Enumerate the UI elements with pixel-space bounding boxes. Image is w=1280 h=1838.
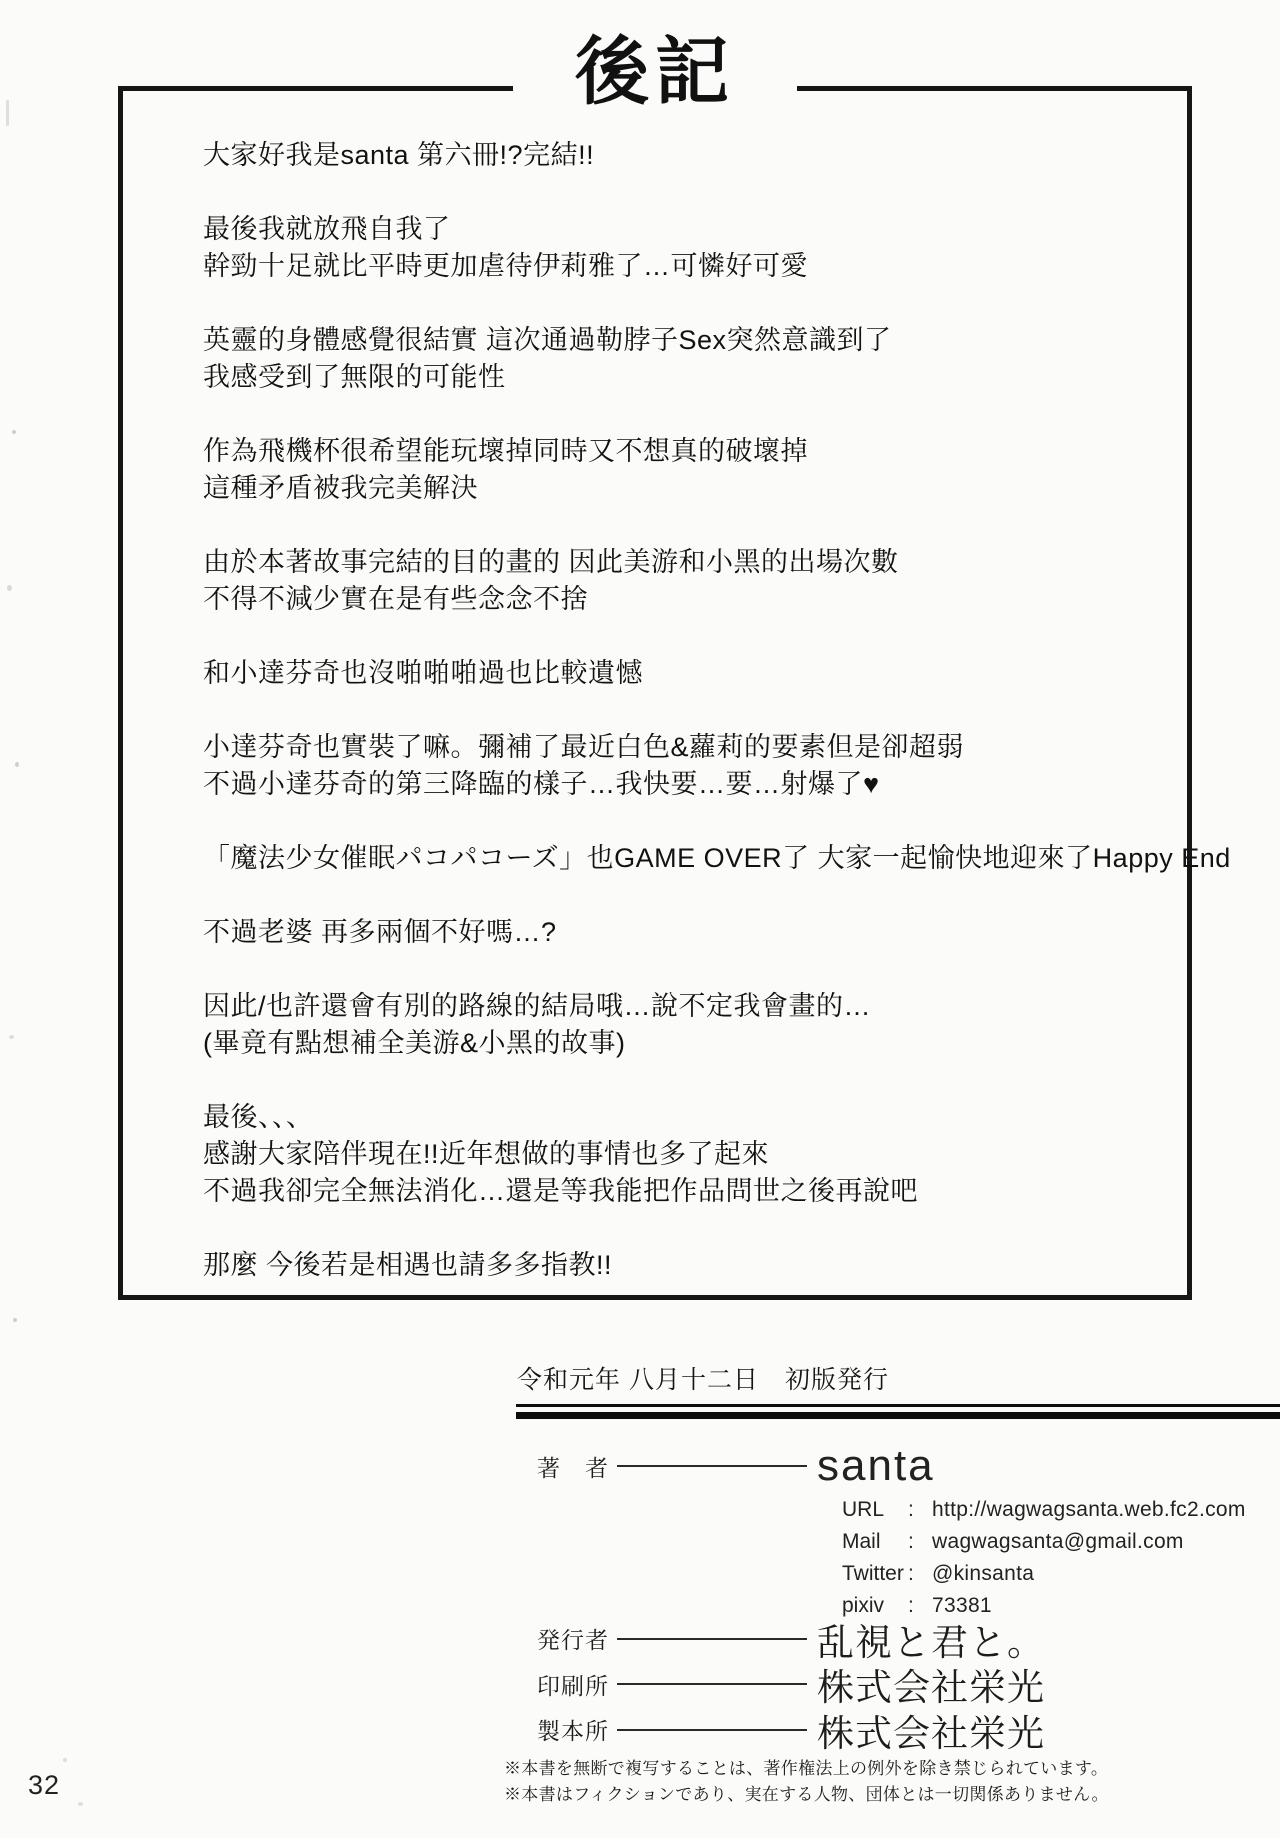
publication-connector-line [617, 1729, 807, 1731]
afterword-paragraph: 小達芬奇也實裝了嘛。彌補了最近白色&蘿莉的要素但是卻超弱不過小達芬奇的第三降臨的… [203, 729, 1149, 803]
contact-value: wagwagsanta@gmail.com [932, 1526, 1184, 1558]
contact-colon: : [908, 1558, 932, 1590]
publication-connector-line [617, 1683, 807, 1685]
page-title: 後記 [513, 30, 797, 114]
disclaimer-line: ※本書を無断で複写することは、著作権法上の例外を除き禁じられています。 [504, 1756, 1109, 1782]
scan-speck [13, 1318, 17, 1322]
contact-value: @kinsanta [932, 1558, 1034, 1590]
contact-label: Twitter [842, 1558, 908, 1590]
afterword-paragraph: 和小達芬奇也沒啪啪啪過也比較遺憾 [203, 655, 1149, 692]
scan-speck [78, 1802, 83, 1806]
scan-speck [9, 1035, 14, 1039]
disclaimer-line: ※本書はフィクションであり、実在する人物、団体とは一切関係ありません。 [504, 1782, 1109, 1808]
scan-speck [15, 762, 19, 767]
afterword-paragraph: 那麼 今後若是相遇也請多多指教!! [203, 1247, 1149, 1284]
contact-value: http://wagwagsanta.web.fc2.com [932, 1494, 1246, 1526]
afterword-paragraph: 「魔法少女催眠パコパコーズ」也GAME OVER了 大家一起愉快地迎來了Happ… [203, 840, 1149, 877]
divider-rule-thin [516, 1404, 1280, 1407]
afterword-box: 大家好我是santa 第六冊!?完結!!最後我就放飛自我了幹勁十足就比平時更加虐… [118, 86, 1192, 1300]
publication-rows: 発行者乱視と君と。印刷所株式会社栄光製本所株式会社栄光 [537, 1616, 1045, 1753]
page-number: 32 [28, 1770, 60, 1801]
afterword-text: 大家好我是santa 第六冊!?完結!!最後我就放飛自我了幹勁十足就比平時更加虐… [123, 91, 1187, 1321]
scan-speck [12, 430, 16, 434]
afterword-paragraph: 因此/也許還會有別的路線的結局哦…說不定我會畫的…(畢竟有點想補全美游&小黑的故… [203, 988, 1149, 1062]
afterword-paragraph: 最後、、、感謝大家陪伴現在!!近年想做的事情也多了起來不過我卻完全無法消化…還是… [203, 1099, 1149, 1210]
publication-row: 製本所株式会社栄光 [537, 1707, 1045, 1753]
contact-colon: : [908, 1494, 932, 1526]
scan-speck [7, 585, 12, 591]
afterword-paragraph: 英靈的身體感覺很結實 這次通過勒脖子Sex突然意識到了我感受到了無限的可能性 [203, 322, 1149, 396]
afterword-page: 後記 大家好我是santa 第六冊!?完結!!最後我就放飛自我了幹勁十足就比平時… [0, 0, 1280, 1838]
afterword-paragraph: 由於本著故事完結的目的畫的 因此美游和小黑的出場次數不得不減少實在是有些念念不捨 [203, 544, 1149, 618]
contact-row: Twitter:@kinsanta [842, 1558, 1246, 1590]
publication-value: 株式会社栄光 [817, 1703, 1045, 1757]
scan-speck [6, 100, 9, 126]
publication-connector-line [617, 1638, 807, 1640]
contact-row: Mail:wagwagsanta@gmail.com [842, 1526, 1246, 1558]
afterword-paragraph: 作為飛機杯很希望能玩壞掉同時又不想真的破壞掉這種矛盾被我完美解決 [203, 433, 1149, 507]
scan-speck [63, 1758, 67, 1762]
contact-row: URL:http://wagwagsanta.web.fc2.com [842, 1494, 1246, 1526]
publication-label: 製本所 [537, 1713, 617, 1746]
contact-colon: : [908, 1526, 932, 1558]
publication-label: 印刷所 [537, 1668, 617, 1701]
publication-label: 発行者 [537, 1622, 617, 1655]
title-band: 後記 [118, 30, 1192, 114]
author-row: 著 者 santa [537, 1440, 935, 1492]
contact-label: URL [842, 1494, 908, 1526]
author-connector-line [617, 1465, 807, 1467]
author-contacts: URL:http://wagwagsanta.web.fc2.comMail:w… [842, 1494, 1246, 1622]
contact-label: Mail [842, 1526, 908, 1558]
afterword-paragraph: 不過老婆 再多兩個不好嗎…? [203, 914, 1149, 951]
publication-row: 印刷所株式会社栄光 [537, 1662, 1045, 1708]
author-name: santa [817, 1444, 935, 1488]
author-label: 著 者 [537, 1450, 617, 1483]
divider-rule-thick [516, 1412, 1280, 1419]
publication-row: 発行者乱視と君と。 [537, 1616, 1045, 1662]
afterword-paragraph: 最後我就放飛自我了幹勁十足就比平時更加虐待伊莉雅了…可憐好可愛 [203, 211, 1149, 285]
afterword-paragraph: 大家好我是santa 第六冊!?完結!! [203, 137, 1149, 174]
disclaimer-notes: ※本書を無断で複写することは、著作権法上の例外を除き禁じられています。※本書はフ… [504, 1756, 1109, 1807]
edition-date-line: 令和元年 八月十二日 初版発行 [517, 1360, 889, 1396]
